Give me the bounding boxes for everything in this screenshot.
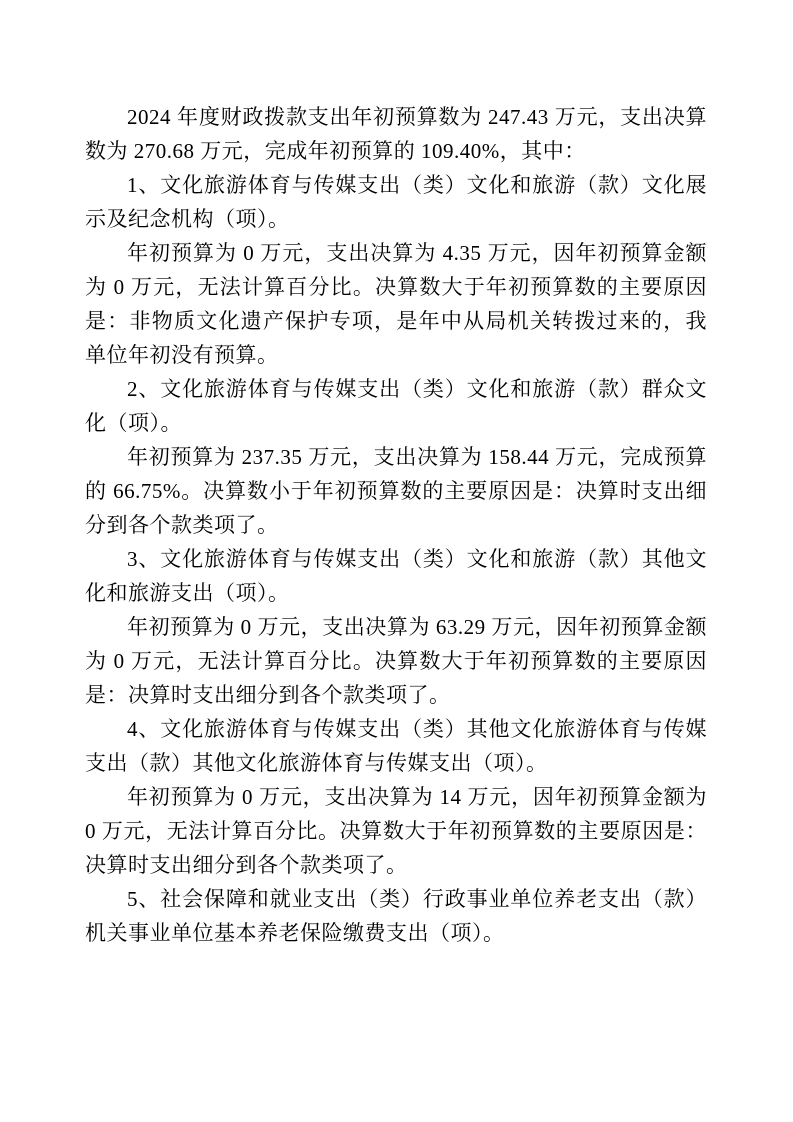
paragraph-item4-heading: 4、文化旅游体育与传媒支出（类）其他文化旅游体育与传媒支出（款）其他文化旅游体育…: [85, 712, 707, 780]
document-body: 2024 年度财政拨款支出年初预算数为 247.43 万元，支出决算数为 270…: [85, 100, 707, 950]
paragraph-item5-heading: 5、社会保障和就业支出（类）行政事业单位养老支出（款）机关事业单位基本养老保险缴…: [85, 882, 707, 950]
paragraph-item4-detail: 年初预算为 0 万元，支出决算为 14 万元，因年初预算金额为 0 万元，无法计…: [85, 780, 707, 882]
paragraph-item1-detail: 年初预算为 0 万元，支出决算为 4.35 万元，因年初预算金额为 0 万元，无…: [85, 236, 707, 372]
paragraph-item2-detail: 年初预算为 237.35 万元，支出决算为 158.44 万元，完成预算的 66…: [85, 440, 707, 542]
document-page: 2024 年度财政拨款支出年初预算数为 247.43 万元，支出决算数为 270…: [0, 0, 793, 1122]
paragraph-summary-budget-overview: 2024 年度财政拨款支出年初预算数为 247.43 万元，支出决算数为 270…: [85, 100, 707, 168]
paragraph-item1-heading: 1、文化旅游体育与传媒支出（类）文化和旅游（款）文化展示及纪念机构（项）。: [85, 168, 707, 236]
paragraph-item3-detail: 年初预算为 0 万元，支出决算为 63.29 万元，因年初预算金额为 0 万元，…: [85, 610, 707, 712]
paragraph-item3-heading: 3、文化旅游体育与传媒支出（类）文化和旅游（款）其他文化和旅游支出（项）。: [85, 542, 707, 610]
paragraph-item2-heading: 2、文化旅游体育与传媒支出（类）文化和旅游（款）群众文化（项）。: [85, 372, 707, 440]
